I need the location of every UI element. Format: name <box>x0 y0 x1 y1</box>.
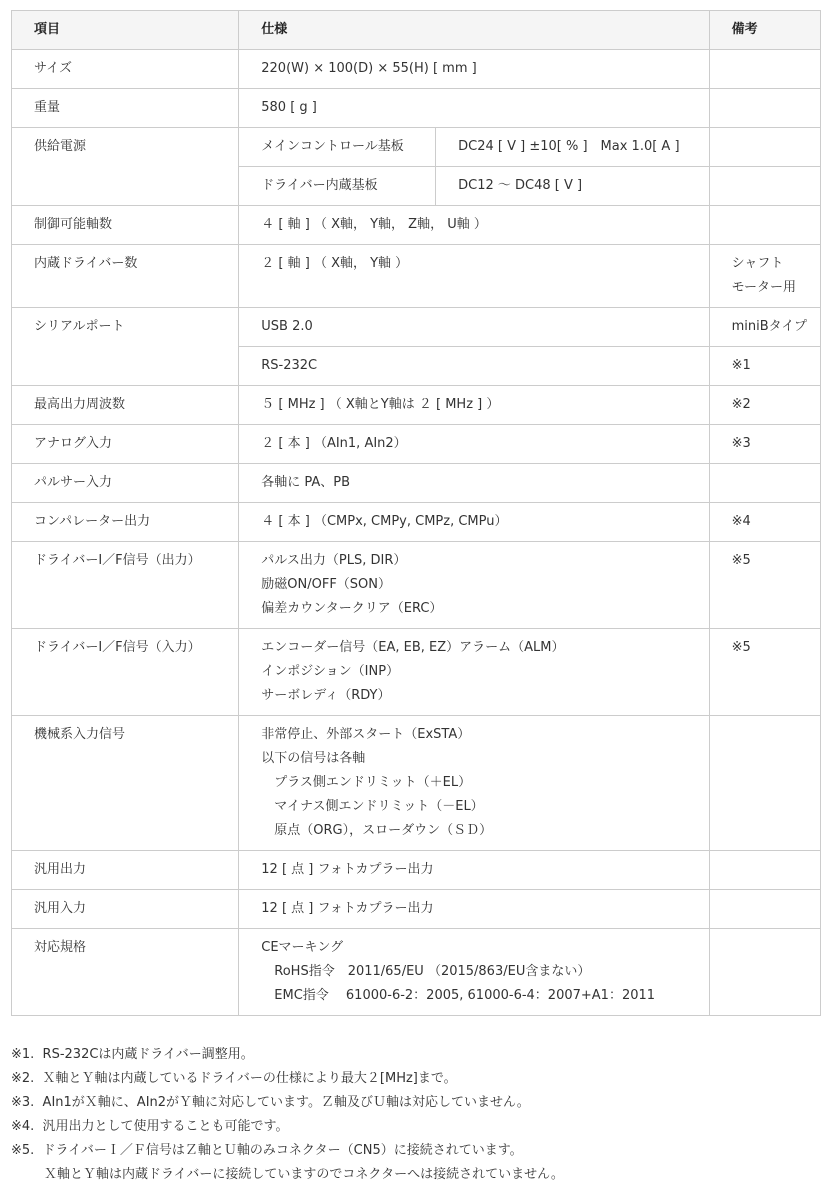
sub-value: DC24 [ V ] ±10[ % ] Max 1.0[ A ] <box>436 128 709 167</box>
table-row: 最高出力周波数 ５ [ MHz ] （ X軸とY軸は ２ [ MHz ] ） ※… <box>12 386 821 425</box>
row-remarks: ※4 <box>709 503 820 542</box>
header-item: 項目 <box>12 11 239 50</box>
row-label: サイズ <box>12 50 239 89</box>
row-remarks: miniBタイプ <box>709 308 820 347</box>
row-remarks: ※1 <box>709 347 820 386</box>
row-label: 汎用入力 <box>12 890 239 929</box>
table-row: 対応規格 CEマーキング RoHS指令 2011/65/EU （2015/863… <box>12 929 821 1016</box>
spec-table: 項目 仕様 備考 サイズ 220(W) × 100(D) × 55(H) [ m… <box>11 10 821 1016</box>
row-remarks: ※2 <box>709 386 820 425</box>
table-row: ドライバーI／F信号（出力） パルス出力（PLS, DIR） 励磁ON/OFF（… <box>12 542 821 629</box>
row-remarks: ※5 <box>709 629 820 716</box>
spec-line: 励磁ON/OFF（SON） <box>261 573 708 597</box>
row-remarks: シャフト モーター用 <box>709 245 820 308</box>
table-row: 供給電源 メインコントロール基板 DC24 [ V ] ±10[ % ] Max… <box>12 128 821 167</box>
spec-line: エンコーダー信号（EA, EB, EZ）アラーム（ALM） <box>261 636 708 660</box>
footnote: ※2. Ｘ軸とＹ軸は内蔵しているドライバーの仕様により最大２[MHz]まで。 <box>11 1067 564 1091</box>
row-spec: ２ [ 本 ] （AIn1, AIn2） <box>239 425 709 464</box>
header-row: 項目 仕様 備考 <box>12 11 821 50</box>
row-label: 制御可能軸数 <box>12 206 239 245</box>
table-row: 制御可能軸数 ４ [ 軸 ] （ X軸， Y軸， Z軸， U軸 ） <box>12 206 821 245</box>
row-remarks <box>709 206 820 245</box>
footnote: Ｘ軸とＹ軸は内蔵ドライバーに接続していますのでコネクターへは接続されていません。 <box>11 1163 564 1187</box>
spec-line: EMC指令 61000-6-2：2005, 61000-6-4：2007+A1：… <box>261 984 708 1008</box>
row-spec: ４ [ 本 ] （CMPx, CMPy, CMPz, CMPu） <box>239 503 709 542</box>
table-row: 内蔵ドライバー数 ２ [ 軸 ] （ X軸， Y軸 ） シャフト モーター用 <box>12 245 821 308</box>
row-spec: 12 [ 点 ] フォトカプラー出力 <box>239 851 709 890</box>
spec-line: 原点（ORG），スローダウン（ＳＤ） <box>261 819 708 843</box>
spec-line: RoHS指令 2011/65/EU （2015/863/EU含まない） <box>261 960 708 984</box>
row-spec: ５ [ MHz ] （ X軸とY軸は ２ [ MHz ] ） <box>239 386 709 425</box>
row-remarks <box>709 50 820 89</box>
table-row: コンパレーター出力 ４ [ 本 ] （CMPx, CMPy, CMPz, CMP… <box>12 503 821 542</box>
footnote: ※5. ドライバーＩ／Ｆ信号はＺ軸とＵ軸のみコネクター（CN5）に接続されていま… <box>11 1139 564 1163</box>
row-remarks <box>709 851 820 890</box>
row-spec: RS-232C <box>239 347 709 386</box>
row-label: 供給電源 <box>12 128 239 206</box>
row-remarks <box>709 890 820 929</box>
row-spec: 220(W) × 100(D) × 55(H) [ mm ] <box>239 50 709 89</box>
footnotes: ※1. RS-232Cは内蔵ドライバー調整用。 ※2. Ｘ軸とＹ軸は内蔵している… <box>11 1043 564 1187</box>
row-spec: エンコーダー信号（EA, EB, EZ）アラーム（ALM） インポジション（IN… <box>239 629 709 716</box>
row-label: 機械系入力信号 <box>12 716 239 851</box>
row-label: コンパレーター出力 <box>12 503 239 542</box>
sub-value: DC12 ～ DC48 [ V ] <box>436 167 709 206</box>
table-row: 機械系入力信号 非常停止、外部スタート（ExSTA） 以下の信号は各軸 プラス側… <box>12 716 821 851</box>
header-spec: 仕様 <box>239 11 709 50</box>
row-label: 汎用出力 <box>12 851 239 890</box>
footnote: ※4. 汎用出力として使用することも可能です。 <box>11 1115 564 1139</box>
row-spec: 各軸に PA、PB <box>239 464 709 503</box>
spec-line: CEマーキング <box>261 936 708 960</box>
table-row: 重量 580 [ g ] <box>12 89 821 128</box>
spec-line: 非常停止、外部スタート（ExSTA） <box>261 723 708 747</box>
row-label: パルサー入力 <box>12 464 239 503</box>
footnote: ※3. AIn1がＸ軸に、AIn2がＹ軸に対応しています。Ｚ軸及びＵ軸は対応して… <box>11 1091 564 1115</box>
spec-line: サーボレディ（RDY） <box>261 684 708 708</box>
spec-line: インポジション（INP） <box>261 660 708 684</box>
spec-line: パルス出力（PLS, DIR） <box>261 549 708 573</box>
remarks-line: シャフト <box>732 252 820 276</box>
row-remarks <box>709 89 820 128</box>
row-remarks: ※3 <box>709 425 820 464</box>
row-spec: ２ [ 軸 ] （ X軸， Y軸 ） <box>239 245 709 308</box>
footnote: ※1. RS-232Cは内蔵ドライバー調整用。 <box>11 1043 564 1067</box>
row-remarks <box>709 464 820 503</box>
row-label: ドライバーI／F信号（出力） <box>12 542 239 629</box>
row-remarks <box>709 716 820 851</box>
row-label: 重量 <box>12 89 239 128</box>
row-remarks <box>709 929 820 1016</box>
table-row: シリアルポート USB 2.0 miniBタイプ <box>12 308 821 347</box>
row-label: 内蔵ドライバー数 <box>12 245 239 308</box>
row-spec: USB 2.0 <box>239 308 709 347</box>
row-spec: CEマーキング RoHS指令 2011/65/EU （2015/863/EU含ま… <box>239 929 709 1016</box>
table-row: パルサー入力 各軸に PA、PB <box>12 464 821 503</box>
row-remarks <box>709 167 820 206</box>
row-spec: 12 [ 点 ] フォトカプラー出力 <box>239 890 709 929</box>
header-remarks: 備考 <box>709 11 820 50</box>
spec-line: 偏差カウンタークリア（ERC） <box>261 597 708 621</box>
spec-line: マイナス側エンドリミット（－EL） <box>261 795 708 819</box>
row-label: 最高出力周波数 <box>12 386 239 425</box>
row-label: アナログ入力 <box>12 425 239 464</box>
spec-line: プラス側エンドリミット（＋EL） <box>261 771 708 795</box>
table-row: 汎用入力 12 [ 点 ] フォトカプラー出力 <box>12 890 821 929</box>
row-label: シリアルポート <box>12 308 239 386</box>
spec-line: 以下の信号は各軸 <box>261 747 708 771</box>
row-label: ドライバーI／F信号（入力） <box>12 629 239 716</box>
table-row: サイズ 220(W) × 100(D) × 55(H) [ mm ] <box>12 50 821 89</box>
table-row: 汎用出力 12 [ 点 ] フォトカプラー出力 <box>12 851 821 890</box>
remarks-line: モーター用 <box>732 276 820 300</box>
row-label: 対応規格 <box>12 929 239 1016</box>
table-row: アナログ入力 ２ [ 本 ] （AIn1, AIn2） ※3 <box>12 425 821 464</box>
row-spec: 非常停止、外部スタート（ExSTA） 以下の信号は各軸 プラス側エンドリミット（… <box>239 716 709 851</box>
row-remarks <box>709 128 820 167</box>
sub-name: ドライバー内蔵基板 <box>239 167 436 206</box>
table-row: ドライバーI／F信号（入力） エンコーダー信号（EA, EB, EZ）アラーム（… <box>12 629 821 716</box>
row-remarks: ※5 <box>709 542 820 629</box>
row-spec: パルス出力（PLS, DIR） 励磁ON/OFF（SON） 偏差カウンタークリア… <box>239 542 709 629</box>
sub-name: メインコントロール基板 <box>239 128 436 167</box>
row-spec: 580 [ g ] <box>239 89 709 128</box>
row-spec: ４ [ 軸 ] （ X軸， Y軸， Z軸， U軸 ） <box>239 206 709 245</box>
